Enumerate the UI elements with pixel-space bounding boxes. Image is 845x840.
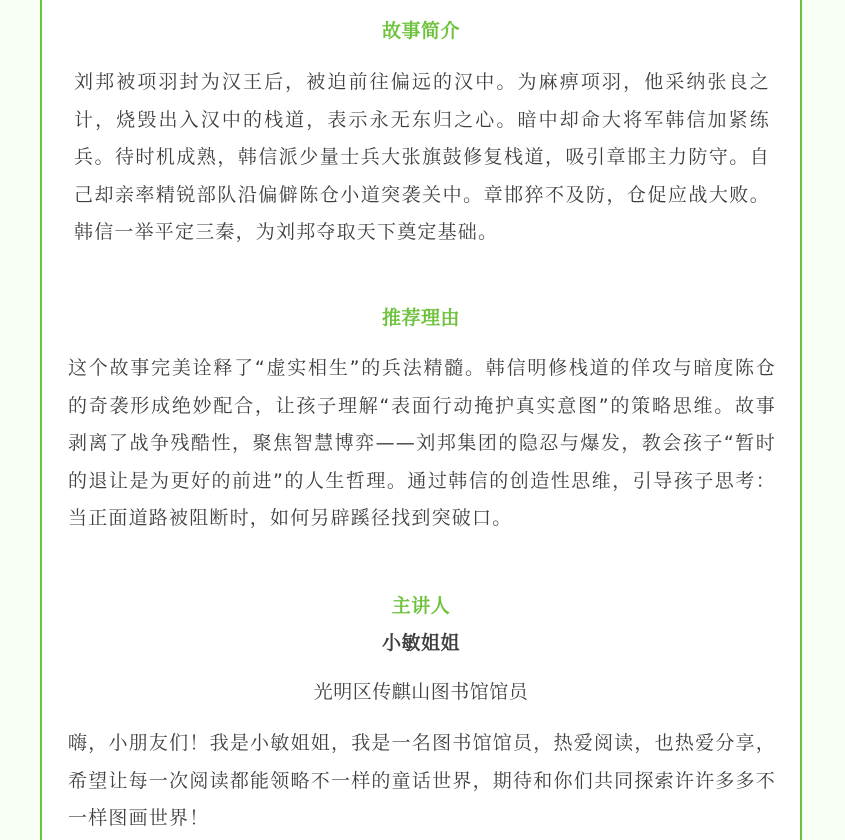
speaker-intro-paragraph: 嗨，小朋友们！我是小敏姐姐，我是一名图书馆馆员，热爱阅读，也热爱分享，希望让每一… (68, 725, 776, 838)
article-card: 故事简介 刘邦被项羽封为汉王后，被迫前往偏远的汉中。为麻痹项羽，他采纳张良之计，… (40, 0, 802, 840)
speaker-heading: 主讲人 (42, 594, 800, 618)
recommendation-heading: 推荐理由 (42, 306, 800, 330)
speaker-role: 光明区传麒山图书馆馆员 (42, 680, 800, 704)
story-intro-heading: 故事简介 (42, 19, 800, 43)
story-intro-paragraph: 刘邦被项羽封为汉王后，被迫前往偏远的汉中。为麻痹项羽，他采纳张良之计，烧毁出入汉… (74, 64, 770, 252)
recommendation-paragraph: 这个故事完美诠释了“虚实相生”的兵法精髓。韩信明修栈道的佯攻与暗度陈仓的奇袭形成… (68, 350, 776, 538)
speaker-name: 小敏姐姐 (42, 631, 800, 655)
